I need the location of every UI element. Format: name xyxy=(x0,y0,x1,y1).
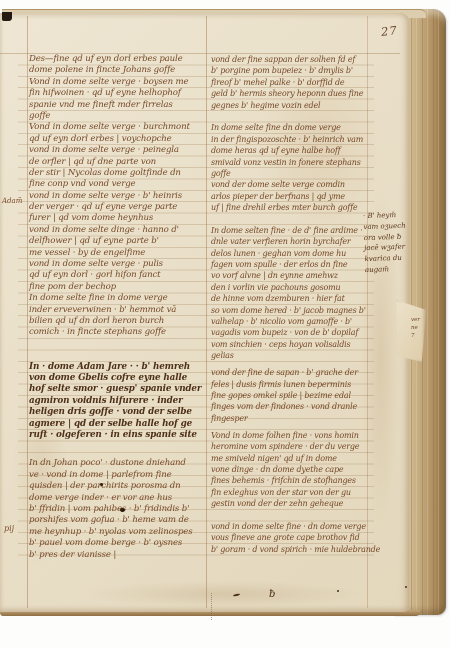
text-line: vagadis vom bupeiz · von de b' dopilaf xyxy=(211,327,369,338)
text-line: fireof b' mehel palke · b' dorffid de xyxy=(211,77,369,88)
text-line: hof selte smor · guesp' spanie vnder xyxy=(29,384,206,395)
text-line: vom sinchien · ceps hoyan volisaldis xyxy=(211,339,369,350)
text-line: In · dome Adam Jare · · b' hemreh xyxy=(29,362,206,373)
text-line: fagen vom spulle · der erlos dn fine xyxy=(211,259,369,270)
text-line: goffe xyxy=(211,168,369,179)
column-gutter-rule xyxy=(206,16,207,608)
text-line: porshifes vom gofua · b' heme vam de xyxy=(29,515,206,526)
text-line: fine gopes omkel spile | bezime edal xyxy=(211,390,369,401)
text-line: fine pom der bechop xyxy=(29,282,206,293)
text-line: gegnes b' hegime vozin edel xyxy=(211,100,369,111)
text-line: ve · vond in dome | parlefrom fine xyxy=(29,470,206,481)
text-line: vond in dome selte verge · peinegla xyxy=(29,145,206,156)
text-line: dome polene in fincte Johans goffe xyxy=(29,65,206,76)
text-line: den i vorlin vie pachouns gosomu xyxy=(211,282,369,293)
text-line: vond der fine de sapan · b' grache der xyxy=(211,367,369,378)
text-paragraph: In dome selte fine dn dome vergein der f… xyxy=(211,122,369,213)
text-line: heligen dris goffe · vond der selbe xyxy=(29,407,206,418)
text-line: dome verge inder · er vor ane hus xyxy=(29,493,206,504)
text-line: fin hifwoinen · qd uf eyne helhophof xyxy=(29,88,206,99)
text-paragraph: vond der fine de sapan · b' grache derfe… xyxy=(211,367,369,424)
left-margin-note-lower: pij xyxy=(4,524,14,533)
text-line: In dome selte fine dn dome verge xyxy=(211,122,369,133)
text-line: von dome Gbelis cofre eyne halle xyxy=(29,373,206,384)
text-paragraph: In dome selten fine · de d' fine ardime … xyxy=(211,225,369,362)
text-line: comich · in fincte stephans goffe xyxy=(29,327,206,338)
ink-speck xyxy=(337,590,339,592)
text-line: vond der dome selte verge comdin xyxy=(211,179,369,190)
text-line: goffe xyxy=(29,111,206,122)
text-line: heromine vom spindere · der du verge xyxy=(211,441,369,452)
text-line: ruft · olgeferen · in eins spanie site xyxy=(29,430,206,441)
left-margin-rule xyxy=(27,16,28,608)
text-line: augam̄ xyxy=(365,263,429,276)
text-line: smivald vonz vestin in fonere stephans xyxy=(211,157,369,168)
text-line: valhelap · b' nicolio vom gamoffe · b' xyxy=(211,316,369,327)
text-line: b' porgine pom bupeiez · b' dmylis b' xyxy=(211,65,369,76)
text-paragraph: In dn Johan poco' · dustone dniehandve ·… xyxy=(29,458,206,561)
text-line: 7 xyxy=(411,332,420,340)
text-line: vone dinge · dn dome dyethe cape xyxy=(211,464,369,475)
text-line: furer | qd vom dome heynhus xyxy=(29,213,206,224)
text-line: delos lunen · geghan vom dome hu xyxy=(211,248,369,259)
text-line: b' goram · d vond spirich · mie huldebra… xyxy=(211,544,369,555)
text-line: agmiron voidnis hifurere · inder xyxy=(29,396,206,407)
manuscript-photo: Des—fine qd uf eyn dorl erbes pauledome … xyxy=(0,0,450,648)
text-line: der stir | Nycolas dome goltfinde dn xyxy=(29,168,206,179)
text-line: In dn Johan poco' · dustone dniehand xyxy=(29,458,206,469)
corner-tab-mark xyxy=(2,12,12,21)
text-line: vond in dome selte verge · pulis xyxy=(29,259,206,270)
catchword-mark: ƀ xyxy=(269,589,275,600)
text-line: feles | dusis firmis lunen beperminis xyxy=(211,379,369,390)
text-line: spanie vnd me fineft mder firrelas xyxy=(29,100,206,111)
left-margin-note-upper: Adam̃ xyxy=(2,197,22,205)
text-line: qd uf eyn dorl · gorl hifon fanct xyxy=(29,270,206,281)
text-line: geld b' hermis sheory heponn dues fine xyxy=(211,88,369,99)
edge-note: verne7 xyxy=(411,316,420,340)
text-paragraph: Vond in dome folhen fine · vons hominher… xyxy=(211,430,369,510)
text-line: vous fineve ane grote cape brothov fid xyxy=(211,532,369,543)
text-line: b' pauel vom dome berge · b' oysnes xyxy=(29,538,206,549)
text-line: ne xyxy=(411,324,420,332)
text-line: der verger · qd uf eyne verge parte xyxy=(29,202,206,213)
folio-number: 27 xyxy=(380,23,398,39)
left-text-column: Des—fine qd uf eyn dorl erbes pauledome … xyxy=(29,54,206,561)
text-line: fines behemis · frifchin de stofhanges xyxy=(211,475,369,486)
text-line: qd uf eyn dorl erbes | voychopche xyxy=(29,134,206,145)
text-line: de hinne vom dzemburen · hier fat xyxy=(211,293,369,304)
text-line: fin exleghus von der star von der gu xyxy=(211,487,369,498)
text-line: fingesper xyxy=(211,413,369,424)
text-line: finges vom der findones · vond dranle xyxy=(211,401,369,412)
text-line: ver xyxy=(411,316,420,324)
text-line: delfhower | qd uf eyne parte b' xyxy=(29,236,206,247)
text-line: de orfler | qd uf dne parte von xyxy=(29,157,206,168)
text-line: vond der fine sappan der solhen fd ef xyxy=(211,54,369,65)
ink-speck xyxy=(405,586,407,588)
text-line: Vond in dome selte verge · burchmont xyxy=(29,122,206,133)
text-line: b' pres der vianisse | xyxy=(29,550,206,561)
text-line: gestin vond der der zehn geheque xyxy=(211,498,369,509)
text-line: Vond in dome folhen fine · vons homin xyxy=(211,430,369,441)
text-line: quisden | der parchirits porosma dn xyxy=(29,481,206,492)
text-line: in der fingispozoschte · b' heinrich vam xyxy=(211,134,369,145)
text-line: uf | fine drehil erbes mter burch goffe xyxy=(211,202,369,213)
text-line: vo vorf alvne | dn eynne amehwz xyxy=(211,270,369,281)
text-line: In dome selte fine in dome verge xyxy=(29,293,206,304)
text-line: bilien qd uf dn dorl heron burch xyxy=(29,316,206,327)
text-line: In dome selten fine · de d' fine ardime … xyxy=(211,225,369,236)
text-line: Des—fine qd uf eyn dorl erbes paule xyxy=(29,54,206,65)
text-line: so vom dome hered · b' jacob magnes b' xyxy=(211,305,369,316)
text-paragraph: vond in dome selte fine · dn dome vergev… xyxy=(211,521,369,555)
text-line: vond in dome selte verge · b' heinris xyxy=(29,191,206,202)
parchment-crease xyxy=(211,593,212,620)
right-margin-note: · B' heym̄vam oʒuechora volle ƀjacē wʒaf… xyxy=(363,209,429,276)
text-line: vond in dome selte fine · dn dome verge xyxy=(211,521,369,532)
text-line: b' ffridin | vom pahibes · b' fridindis … xyxy=(29,504,206,515)
text-line: agmere | qd der selbe halle hof ge xyxy=(29,419,206,430)
right-text-column: vond der fine sappan der solhen fd efb' … xyxy=(211,54,369,555)
text-line: me smiveld nigen' qd uf in dome xyxy=(211,453,369,464)
ink-blot xyxy=(100,483,103,486)
text-line: arlos pieper der berfnans | qd yme xyxy=(211,191,369,202)
text-line: me heynhup · b' nyolas vom zelinospes xyxy=(29,527,206,538)
text-line: vond in dome selte dinge · hanno d' xyxy=(29,225,206,236)
text-line: inder erveverwinen · b' hemmot vā xyxy=(29,305,206,316)
ink-blot xyxy=(120,508,125,512)
text-line: Vond in dome selte verge · boysen me xyxy=(29,77,206,88)
text-line: dnle vater verfieren horin byrchafer xyxy=(211,236,369,247)
text-paragraph: vond der fine sappan der solhen fd efb' … xyxy=(211,54,369,111)
text-line: dome heras qd uf eyne halbe hoff xyxy=(211,145,369,156)
manuscript-page: Des—fine qd uf eyn dorl erbes pauledome … xyxy=(0,13,409,612)
text-paragraph: Des—fine qd uf eyn dorl erbes pauledome … xyxy=(29,54,206,339)
text-line: me vessel · by de engelfime xyxy=(29,248,206,259)
text-paragraph: In · dome Adam Jare · · b' hemrehvon dom… xyxy=(29,362,206,442)
text-line: fine conp vnd vond verge xyxy=(29,179,206,190)
text-line: gelias xyxy=(211,350,369,361)
